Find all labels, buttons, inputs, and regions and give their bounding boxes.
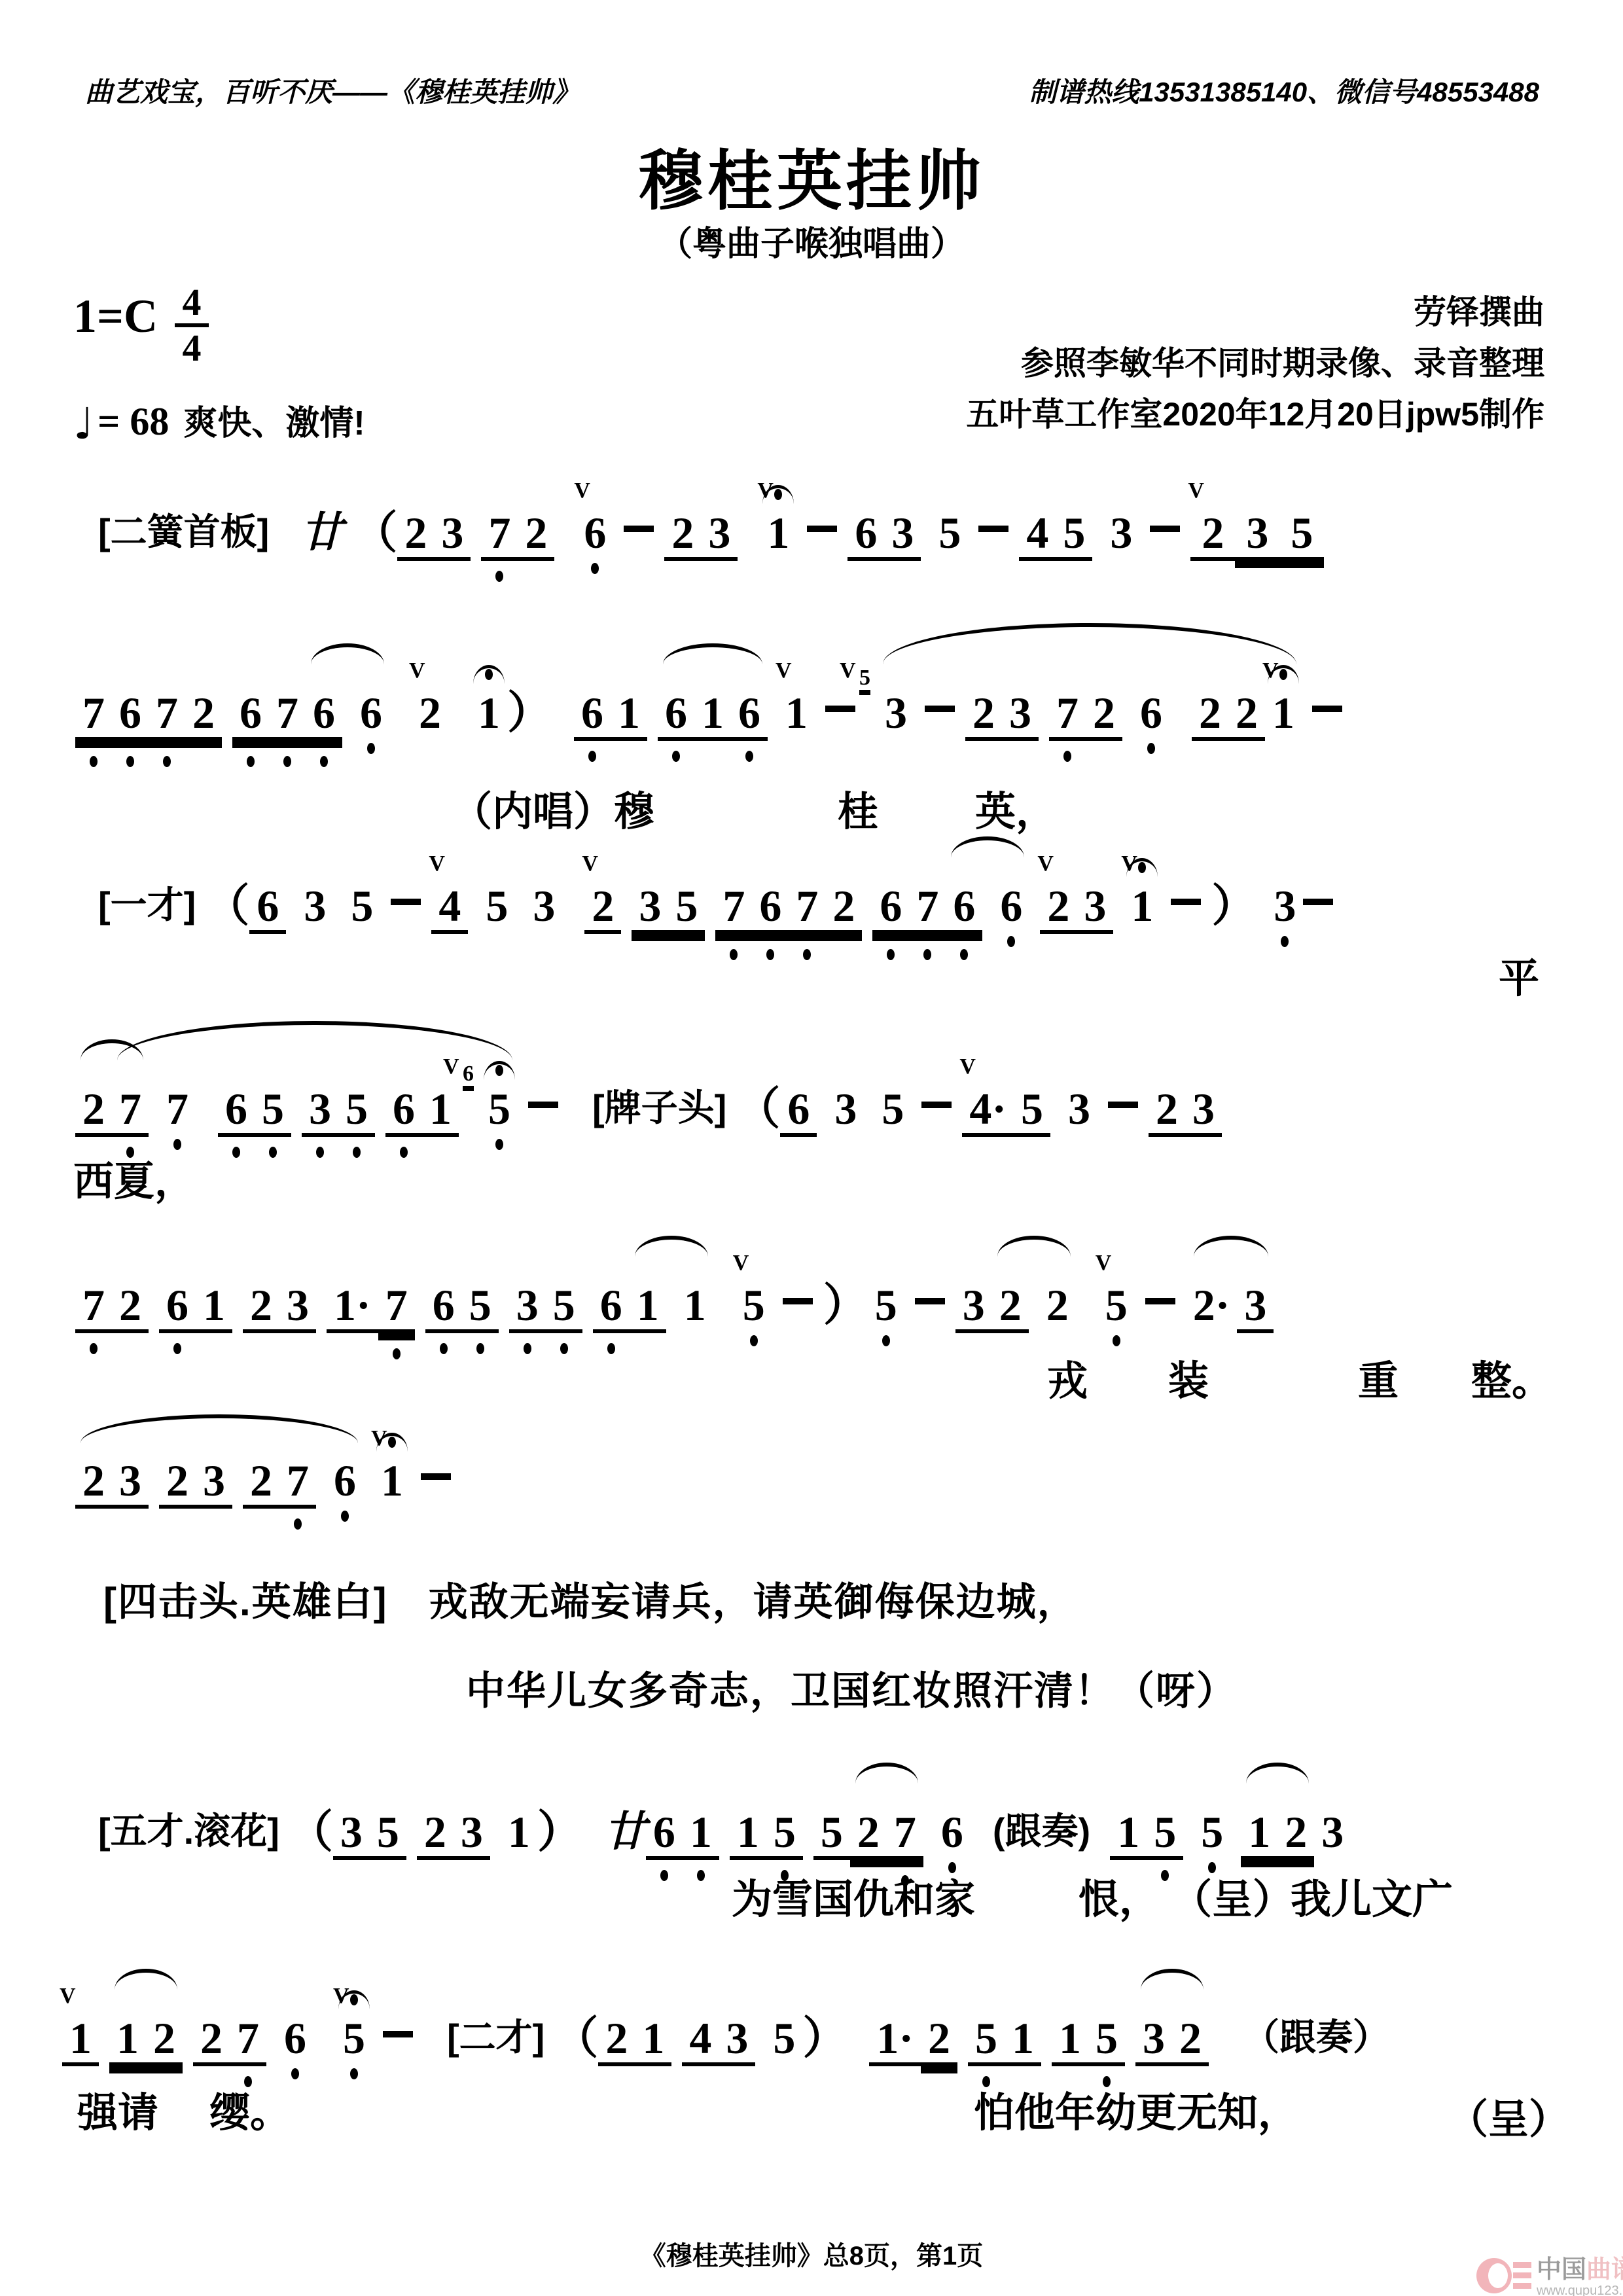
note: 2 [75,1085,112,1137]
dash-note [1108,1102,1138,1127]
lyric: 桂 [838,779,878,837]
note: 2 [1277,1808,1314,1860]
bracket: ） [537,1797,582,1860]
breath-mark: V [1096,1251,1112,1276]
note: 5 [868,1281,904,1329]
note-digit: 5 [336,2014,372,2062]
octave-dot-below [232,1147,240,1158]
note-digit: 1 [694,689,731,741]
lyric: 装 [1168,1348,1209,1407]
octave-dot-below [90,1343,98,1354]
octave-dot-below [960,949,968,960]
note: 2 [243,1281,279,1333]
note: 3 [632,882,668,934]
note-digit: 6 [574,689,611,741]
note: 1 [1052,2014,1088,2066]
note-digit: 7 [75,1281,112,1333]
note: 1V [1265,689,1302,737]
note-digit: 5 [344,882,380,930]
dash-note [624,526,654,551]
note: 7 [887,1808,923,1860]
note: 1 [694,689,731,741]
note-digit: 7 [909,882,946,934]
note: 3 [884,509,921,561]
bracket: （ [205,870,249,934]
slur [1194,1236,1268,1257]
note-digit: 3 [1266,882,1303,930]
note: 2 [417,1808,454,1860]
note-digit: 3 [1235,509,1279,561]
note-digit: 1 [635,2014,671,2066]
note: 6 [646,1808,683,1860]
note: 2V [1040,882,1077,934]
note: 2 [146,2014,183,2066]
note-digit: 3 [296,882,333,930]
note-digit: 3 [955,1281,992,1333]
note-digit: 6 [577,509,613,557]
note-digit: 2 [146,2014,183,2066]
note-digit: 3 [827,1085,864,1133]
dash-bar [1145,1298,1175,1304]
octave-dot-below [745,751,753,762]
note: 1 [1241,1808,1277,1860]
note: 6 [218,1085,255,1137]
note-digit: 3 [1103,509,1139,557]
note-digit: 3 [1077,882,1113,934]
music-line-7: [五才.滚花]（35231）廿61155276(跟奏)155123 [98,1797,1351,1852]
note: 2 [75,1456,112,1509]
note-digit: 7 [230,2014,266,2066]
note-digit: 1 [501,1808,537,1856]
note: 3 [1235,509,1279,561]
slur [883,623,1296,664]
note-digit: 2 [159,1456,196,1509]
watermark-text: 中国曲谱网 www.qupu123.com [1537,2257,1623,2296]
note: 1· [327,1281,378,1333]
lyric: 怕他年幼更无知， [974,2080,1298,2138]
note-digit: 6 [847,509,884,561]
note: 6 [385,1085,422,1137]
note-digit: 2 [965,689,1002,741]
note-digit: 6 [327,1456,363,1505]
page-footer: 《穆桂英挂帅》总8页，第1页 [0,2235,1623,2272]
note: 6 [327,1456,363,1505]
note: 2 [992,1281,1029,1333]
note: 1 [471,689,507,737]
note-digit: 5 [1056,509,1092,561]
tempo-value: = 68 [98,400,169,443]
note: 4 [682,2014,719,2066]
note-digit: 2 [397,509,434,561]
note: 5 [668,882,705,934]
note-digit: 2 [1149,1085,1185,1137]
note-digit: 6 [249,882,286,934]
note: 1 [196,1281,232,1333]
music-line-8: 1V122765V[二才]（21435）1·2511532（跟奏） [62,2003,1399,2058]
note-digit: 7 [715,882,752,934]
octave-dot-below [1161,1870,1169,1881]
octave-dot-below [730,949,738,960]
note-digit: 7 [112,1085,149,1137]
note-digit: 6 [658,689,694,741]
header-right: 制谱热线13531385140、微信号48553488 [1029,71,1539,110]
dash-bar [825,706,855,712]
note-digit: 5 [1147,1808,1183,1860]
note-digit: 6 [385,1085,422,1137]
section-label: [五才.滚花] [98,1803,279,1855]
note-digit: 1 [630,1281,666,1333]
octave-dot-below [283,756,291,767]
note: 1 [635,2014,671,2066]
note: 6V [577,509,613,557]
note-digit: 1 [760,509,796,557]
note: 7 [75,689,112,741]
note-digit: 2 [921,2014,957,2066]
lyric: 重 [1358,1348,1399,1407]
note-digit: 2 [112,1281,149,1333]
octave-dot-below [476,1343,484,1354]
note: 2 [397,509,434,561]
octave-dot-below [367,743,375,754]
note: 7 [481,509,518,561]
meter-denominator: 4 [175,329,209,368]
dash-bar [1171,899,1201,905]
note: 7 [909,882,946,934]
note-digit: 3 [1237,1281,1274,1333]
note-digit: 7 [481,509,518,561]
note: 1 [501,1808,537,1856]
dash-note [1312,706,1342,731]
note-digit: 5 [1194,1808,1230,1856]
note: 6 [112,689,149,741]
octave-dot-below [588,751,596,762]
note-digit: 1· [869,2014,921,2066]
breath-mark: V [574,478,590,503]
note-digit: 3 [884,509,921,561]
bracket: （ [289,1797,333,1860]
note: 2 [850,1808,887,1860]
note-digit: 2· [1186,1281,1238,1329]
note-digit: 6 [780,1085,817,1137]
note: 5 [1056,509,1092,561]
section-label: [二才] [447,2009,544,2061]
note-digit: 2 [412,689,448,737]
lyric: （呈） [1448,2087,1569,2145]
octave-dot-below [591,563,599,574]
note: 5 [1088,2014,1125,2066]
quarter-note-icon: ♩ [73,399,94,449]
lyric: 英， [975,779,1056,837]
note: 2 [664,509,701,561]
note-digit: 5 [766,2014,802,2062]
note-digit: 4· [962,1085,1014,1137]
dash-bar [807,526,837,532]
lyric: 西夏， [73,1149,195,1207]
note-digit: 3 [333,1808,370,1860]
note-digit: 1 [730,1808,766,1860]
music-line-2: 767267662V1）616161V3V523726221V [75,677,1342,732]
section-label: [二簧首板] [98,503,269,556]
note: 1 [677,1281,713,1329]
spoken-line: 中华儿女多奇志，卫国红妆照汗清！（呀） [466,1660,1237,1716]
note: 6 [847,509,884,561]
note: 2 [921,2014,957,2066]
note: 5 [766,2014,802,2062]
octave-dot-below [750,1335,758,1346]
breath-mark: V [582,852,598,876]
note: 6 [872,882,909,934]
bracket: （ [736,1073,780,1137]
note-digit: 3 [196,1456,232,1509]
note: 3 [1135,2014,1172,2066]
octave-dot-below [173,1343,181,1354]
dash-note [1150,526,1180,551]
dash-note [915,1298,945,1323]
watermark-brand-site: 曲谱网 [1586,2256,1623,2284]
octave-dot-below [1281,936,1289,947]
note-digit: 3 [434,509,471,561]
octave-dot-below [291,2068,299,2079]
music-line-6: 23232761V [75,1456,451,1511]
dash-bar [915,1298,945,1304]
note-digit: 5 [968,2014,1005,2066]
note: 6 [593,1281,630,1333]
breath-mark: V [776,658,792,683]
note-digit: 2 [1228,689,1265,741]
note: 6 [993,882,1029,930]
note: 6 [780,1085,817,1137]
note: 1 [1110,1808,1147,1860]
note-digit: 2 [75,1085,112,1137]
note-digit: 1· [327,1281,378,1333]
dash-note [925,706,955,731]
octave-dot-below [341,1511,349,1522]
note: 1 [109,2014,146,2066]
watermark-url: www.qupu123.com [1537,2283,1623,2296]
octave-dot-below [400,1147,408,1158]
note-digit: 2 [1086,689,1122,741]
note: 2 [243,1456,279,1509]
note: 1V [62,2014,99,2066]
section-label: (跟奏) [993,1803,1090,1855]
octave-dot-below [1063,751,1071,762]
note: 3 [509,1281,546,1333]
note: 6 [1133,689,1169,737]
note-digit: 1 [1052,2014,1088,2066]
note: 5 [338,1085,375,1137]
bracket: ） [802,2003,847,2066]
slur [951,836,1024,857]
note: 3 [955,1281,992,1333]
note-digit: 1 [1241,1808,1277,1860]
note: 6 [658,689,694,741]
note: 3 [1314,1808,1351,1856]
breath-mark: V [409,658,425,683]
dash-note [383,2031,413,2056]
note: 5 [766,1808,803,1860]
dash-note [825,706,855,731]
note: 5 [1147,1808,1183,1860]
note: 2 [185,689,222,741]
slur [1246,1763,1308,1784]
note: 2V [1190,509,1235,561]
note: 3 [1237,1281,1274,1333]
note: 6 [574,689,611,741]
note-digit: 1 [374,1456,410,1505]
dash-bar [1108,1102,1138,1108]
note-digit: 5 [766,1808,803,1860]
octave-dot-below [672,751,680,762]
note: 3 [1061,1085,1097,1133]
note: 3 [827,1085,864,1133]
note-digit: 6 [232,689,269,741]
note: 7 [159,1085,196,1133]
note: 1V [374,1456,410,1505]
slur [117,1021,512,1060]
dash-bar [925,706,955,712]
music-line-5: 7261231·765356115V）53225V2·3 [75,1270,1274,1325]
note: 1 [730,1808,766,1860]
octave-dot-below [697,1870,705,1881]
note-digit: 6 [993,882,1029,930]
note: 3 [196,1456,232,1509]
note-digit: 7 [159,1085,196,1133]
breath-mark: V [1037,852,1054,876]
octave-dot-below [803,949,811,960]
lyric: 恨， [1079,1867,1160,1925]
octave-dot-below [90,756,98,767]
note: 5 [370,1808,406,1860]
note: 3 [719,2014,755,2066]
note: 6 [277,2014,313,2062]
note-digit: 6 [872,882,909,934]
dash-bar [391,899,421,905]
logo-bar [1513,2283,1531,2289]
note-digit: 3 [1314,1808,1351,1856]
octave-dot-above [774,489,782,500]
note-digit: 3 [701,509,738,561]
note-digit: 5 [1088,2014,1125,2066]
note-digit: 1 [611,689,647,741]
credit-source: 参照李敏华不同时期录像、录音整理 [966,338,1544,389]
credit-composer: 劳铎撰曲 [966,287,1544,338]
lyric: 平 [1499,946,1539,1004]
note: 2 [825,882,862,934]
logo-circle [1476,2258,1512,2293]
octave-dot-below [440,1343,448,1354]
note: 6 [425,1281,462,1333]
note-digit: 2 [193,2014,230,2066]
dash-note [921,1102,952,1127]
note: 6 [731,689,768,741]
bracket: ） [823,1270,868,1333]
octave-dot-below [1147,743,1155,754]
note-digit: 6 [353,689,389,737]
note-digit: 4 [682,2014,719,2066]
note-digit: 5 [1279,509,1324,561]
slur [115,1969,177,1990]
dash-note [807,526,837,551]
note: 7 [112,1085,149,1137]
dash-bar [921,1102,952,1108]
note-digit: 1 [677,1281,713,1329]
note-digit: 6 [731,689,768,741]
note: 5 [478,882,515,930]
note-digit: 1 [1005,2014,1041,2066]
watermark-brand: 中国曲谱网 [1537,2257,1623,2283]
octave-dot-below [163,756,171,767]
meter-numerator: 4 [175,283,209,322]
note: 5 [255,1085,291,1137]
note: 1 [630,1281,666,1333]
note-digit: 3 [719,2014,755,2066]
note-digit: 7 [887,1808,923,1860]
note: 3 [526,882,562,930]
octave-dot-below [607,1343,615,1354]
note-digit: 6 [934,1808,971,1856]
octave-dot-below [524,1343,531,1354]
dash-note [528,1102,558,1127]
dash-bar [383,2031,413,2037]
note-digit: 5 [1098,1281,1135,1329]
note: 1 [1005,2014,1041,2066]
note-digit: 2 [75,1456,112,1509]
note-digit: 5 [478,882,515,930]
octave-dot-above [350,1994,358,2005]
note: 2 [598,2014,635,2066]
octave-dot-below [882,1335,890,1346]
octave-dot-below [923,949,931,960]
note-digit: 1 [1110,1808,1147,1860]
note: 3V5 [878,689,914,737]
note: 1V [778,689,815,737]
octave-dot-below [495,1139,503,1150]
breath-mark: V [840,658,856,683]
note: 1V [760,509,796,557]
breath-mark: V [733,1251,749,1276]
note: 2 [1228,689,1265,741]
lyric: 我儿文广 [1291,1867,1453,1925]
music-line-3: [一才]（6354V532V35767267662V31V）3 [98,870,1333,925]
note: 6 [232,689,269,741]
note: 6 [752,882,789,934]
note-digit: 7 [149,689,185,741]
note: 5 [813,1808,850,1860]
note: 7 [269,689,306,741]
lyric: （内唱）穆 [452,779,654,837]
dash-bar [1303,899,1333,905]
breath-mark: V [429,852,445,876]
note-digit: 5 [668,882,705,934]
note-digit: 6 [425,1281,462,1333]
note-digit: 7 [279,1456,316,1509]
note-digit: 6 [277,2014,313,2062]
dash-bar [978,526,1008,532]
credit-studio: 五叶草工作室2020年12月20日jpw5制作 [966,389,1544,440]
note-digit: 7 [269,689,306,741]
note: 6 [353,689,389,737]
note-digit: 2 [850,1808,887,1860]
breath-mark: V [60,1984,76,2009]
note-digit: 2 [243,1281,279,1333]
note-digit: 3 [454,1808,490,1860]
watermark: 中国曲谱网 www.qupu123.com [1476,2257,1623,2296]
octave-dot-above [485,669,493,680]
octave-dot-below [316,1147,324,1158]
dash-note [391,899,421,924]
note: 6 [934,1808,971,1856]
dash-bar [624,526,654,532]
